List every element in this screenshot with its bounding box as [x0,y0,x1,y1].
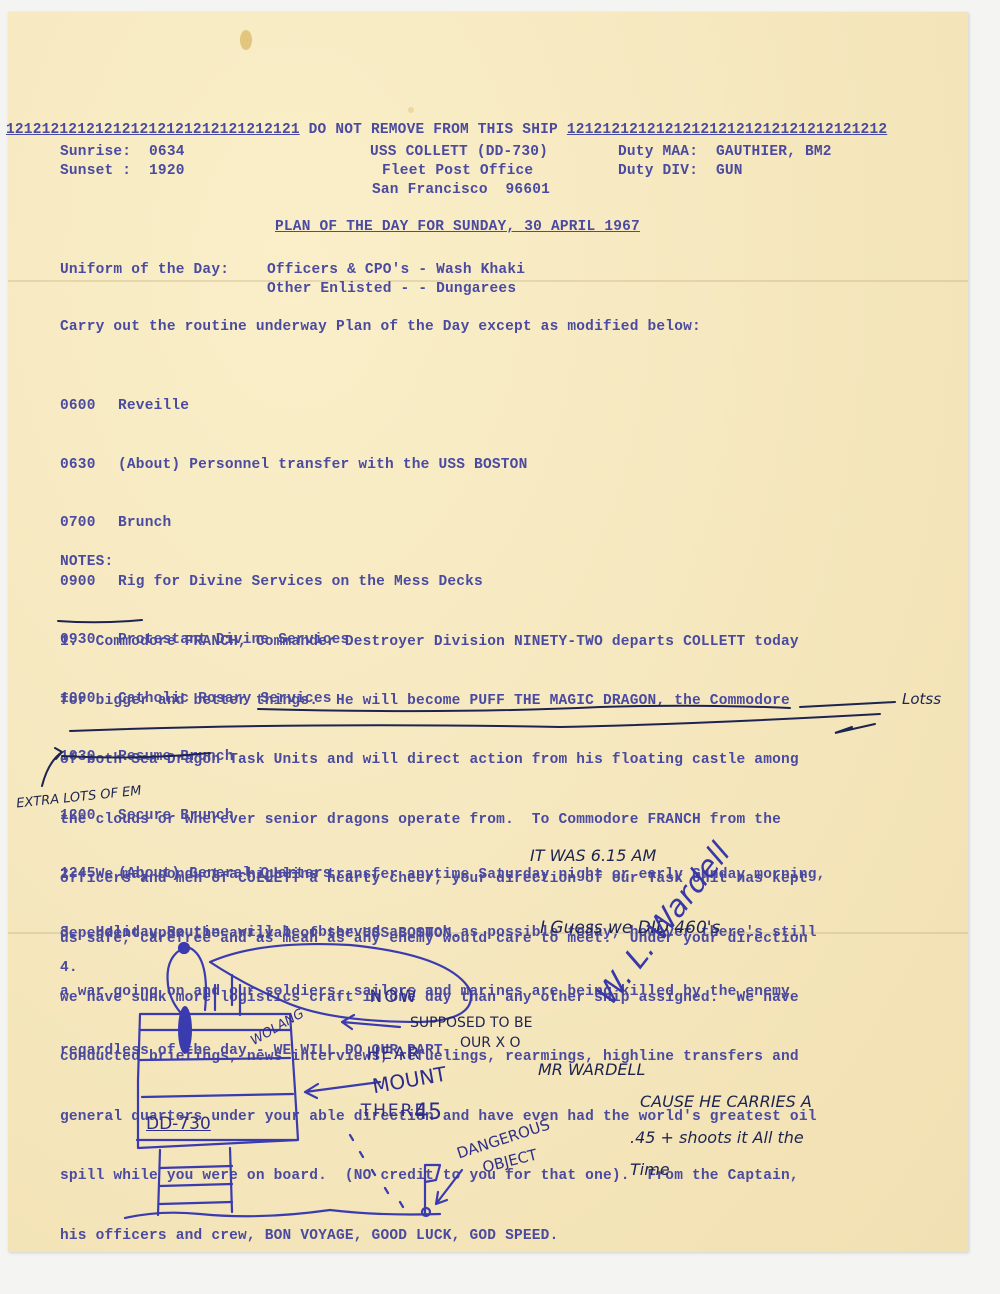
bubble-line: HEAR [334,1045,454,1064]
underline-stroke [58,620,142,622]
handwritten-lotss: Lotss [902,690,941,708]
pen-markings [0,0,1000,1294]
mount-number: 45 [414,1100,442,1125]
doghouse-label: DD-730 [146,1114,211,1134]
handwritten-i-guess: I Guess we DID 460's [540,918,720,938]
cause-line-1: CAUSE HE CARRIES A [640,1092,812,1111]
mr-wardell: MR WARDELL [538,1060,645,1079]
our-xo: OUR X O [460,1035,521,1051]
cause-line-2: .45 + shoots it All the [630,1128,804,1147]
snoopy-ear [178,1006,192,1054]
cause-line-3: Time [630,1160,670,1179]
supposed-to-be: SUPPOSED TO BE [410,1015,532,1031]
bubble-line: NOW [334,988,454,1007]
handwritten-it-was: IT WAS 6.15 AM [530,846,656,865]
